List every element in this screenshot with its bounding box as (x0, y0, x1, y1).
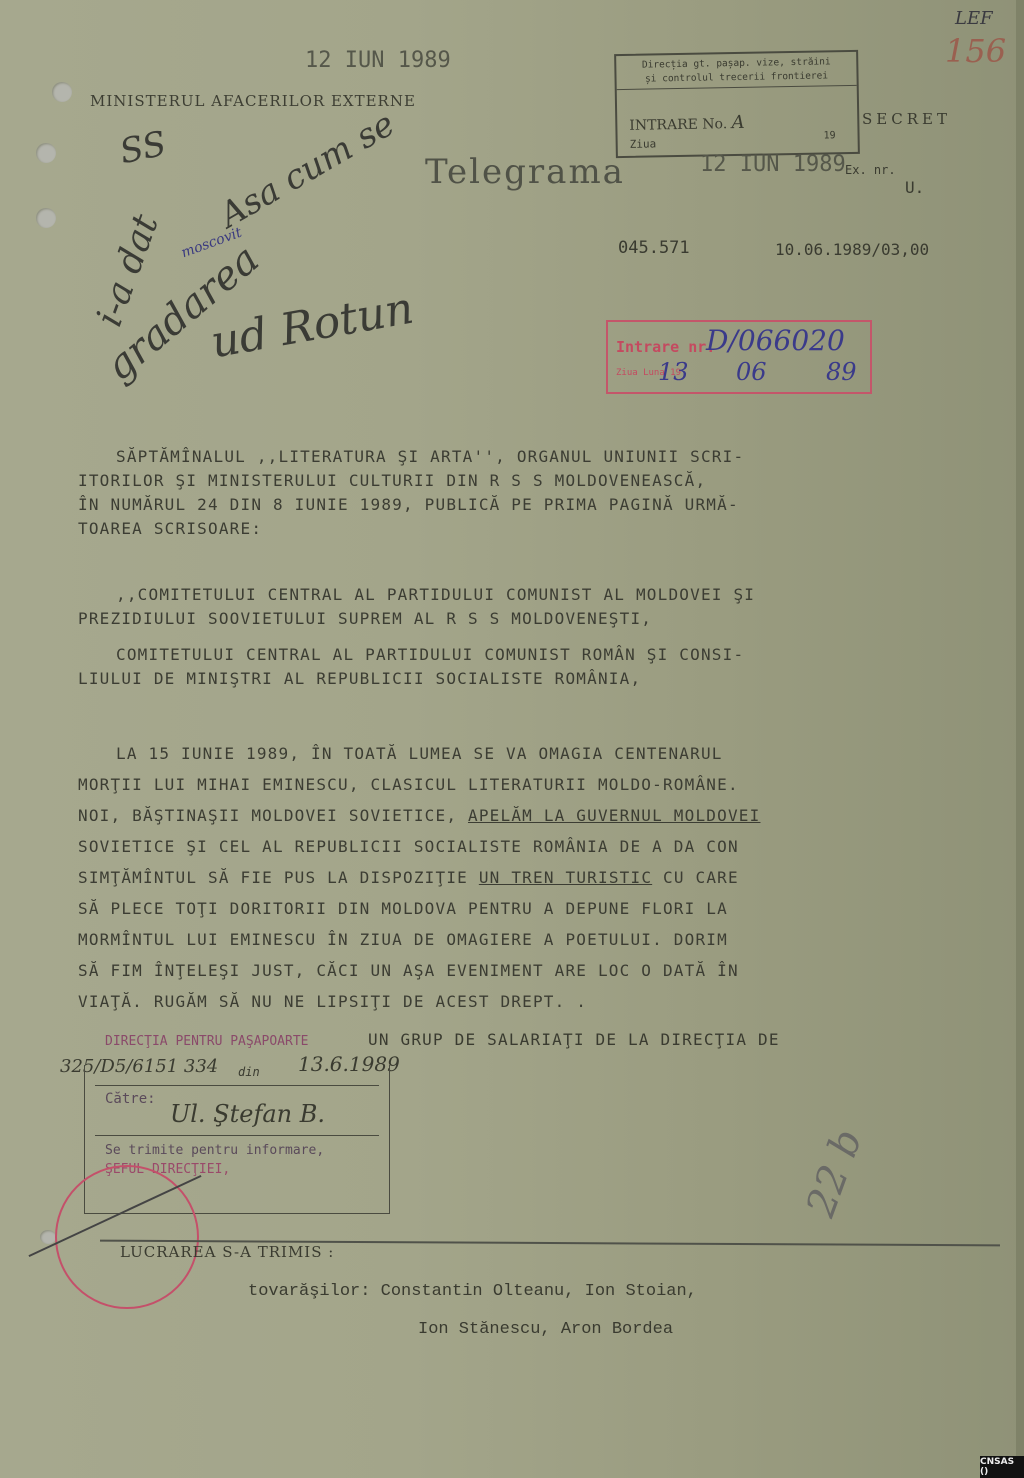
paragraph-4: LA 15 IUNIE 1989, ÎN TOATĂ LUMEA SE VA O… (78, 738, 760, 1017)
page-edge (1016, 0, 1024, 1478)
ministry-header: MINISTERUL AFACERILOR EXTERNE (90, 92, 416, 110)
catre-label: Către: (105, 1091, 156, 1107)
entry-label: Intrare nr. (616, 338, 715, 356)
entry-red-stamp: Intrare nr. D/066020 Ziua Luna 19 13 06 … (606, 320, 872, 394)
punch-hole (52, 82, 72, 102)
intrare-label: INTRARE No. A (629, 112, 745, 135)
exemplar-value: U. (905, 178, 924, 197)
paragraph-1: SĂPTĂMÎNALUL ,,LITERATURA ŞI ARTA'', ORG… (78, 445, 744, 541)
passport-stamp-title: DIRECŢIA PENTRU PAŞAPOARTE (105, 1034, 309, 1049)
registration-stamp: Direcția gt. pașap. vize, străini și con… (614, 50, 860, 158)
source-badge: CNSAS () (980, 1456, 1024, 1478)
punch-hole (36, 208, 56, 228)
corner-note-2: 156 (945, 32, 1006, 70)
punch-hole (36, 143, 56, 163)
informare-text: Se trimite pentru informare, (105, 1143, 324, 1158)
telegram-datetime: 10.06.1989/03,00 (775, 240, 929, 259)
entry-year: 89 (826, 358, 857, 386)
document-title: Telegrama (425, 152, 625, 192)
paragraph-2: ,,COMITETULUI CENTRAL AL PARTIDULUI COMU… (78, 583, 755, 631)
distribution-line-1: tovarăşilor: Constantin Olteanu, Ion Sto… (248, 1282, 697, 1301)
ziua-label: Ziua (630, 137, 657, 150)
exemplar-label: Ex. nr. (845, 163, 896, 177)
entry-number: D/066020 (706, 324, 845, 357)
punch-hole (40, 1230, 56, 1244)
received-date-stamp: 12 IUN 1989 (305, 48, 451, 73)
letter-signature: UN GRUP DE SALARIAŢI DE LA DIRECŢIA DE (368, 1030, 780, 1049)
registration-stamp-header: Direcția gt. pașap. vize, străini și con… (616, 52, 857, 90)
year-label: 19 (823, 130, 835, 141)
paragraph-3: COMITETULUI CENTRAL AL PARTIDULUI COMUNI… (78, 643, 744, 691)
telegram-number: 045.571 (618, 238, 690, 258)
entry-day: 13 (658, 358, 689, 386)
entry-month: 06 (736, 358, 767, 386)
distribution-label: LUCRAREA S-A TRIMIS : (120, 1243, 334, 1261)
classification-label: SECRET (862, 110, 951, 128)
corner-note-1: LEF (955, 8, 993, 29)
catre-value: Ul. Ştefan B. (170, 1100, 325, 1128)
distribution-line-2: Ion Stănescu, Aron Bordea (418, 1320, 673, 1339)
ziua-date-stamp: 12 IUN 1989 (700, 152, 846, 177)
